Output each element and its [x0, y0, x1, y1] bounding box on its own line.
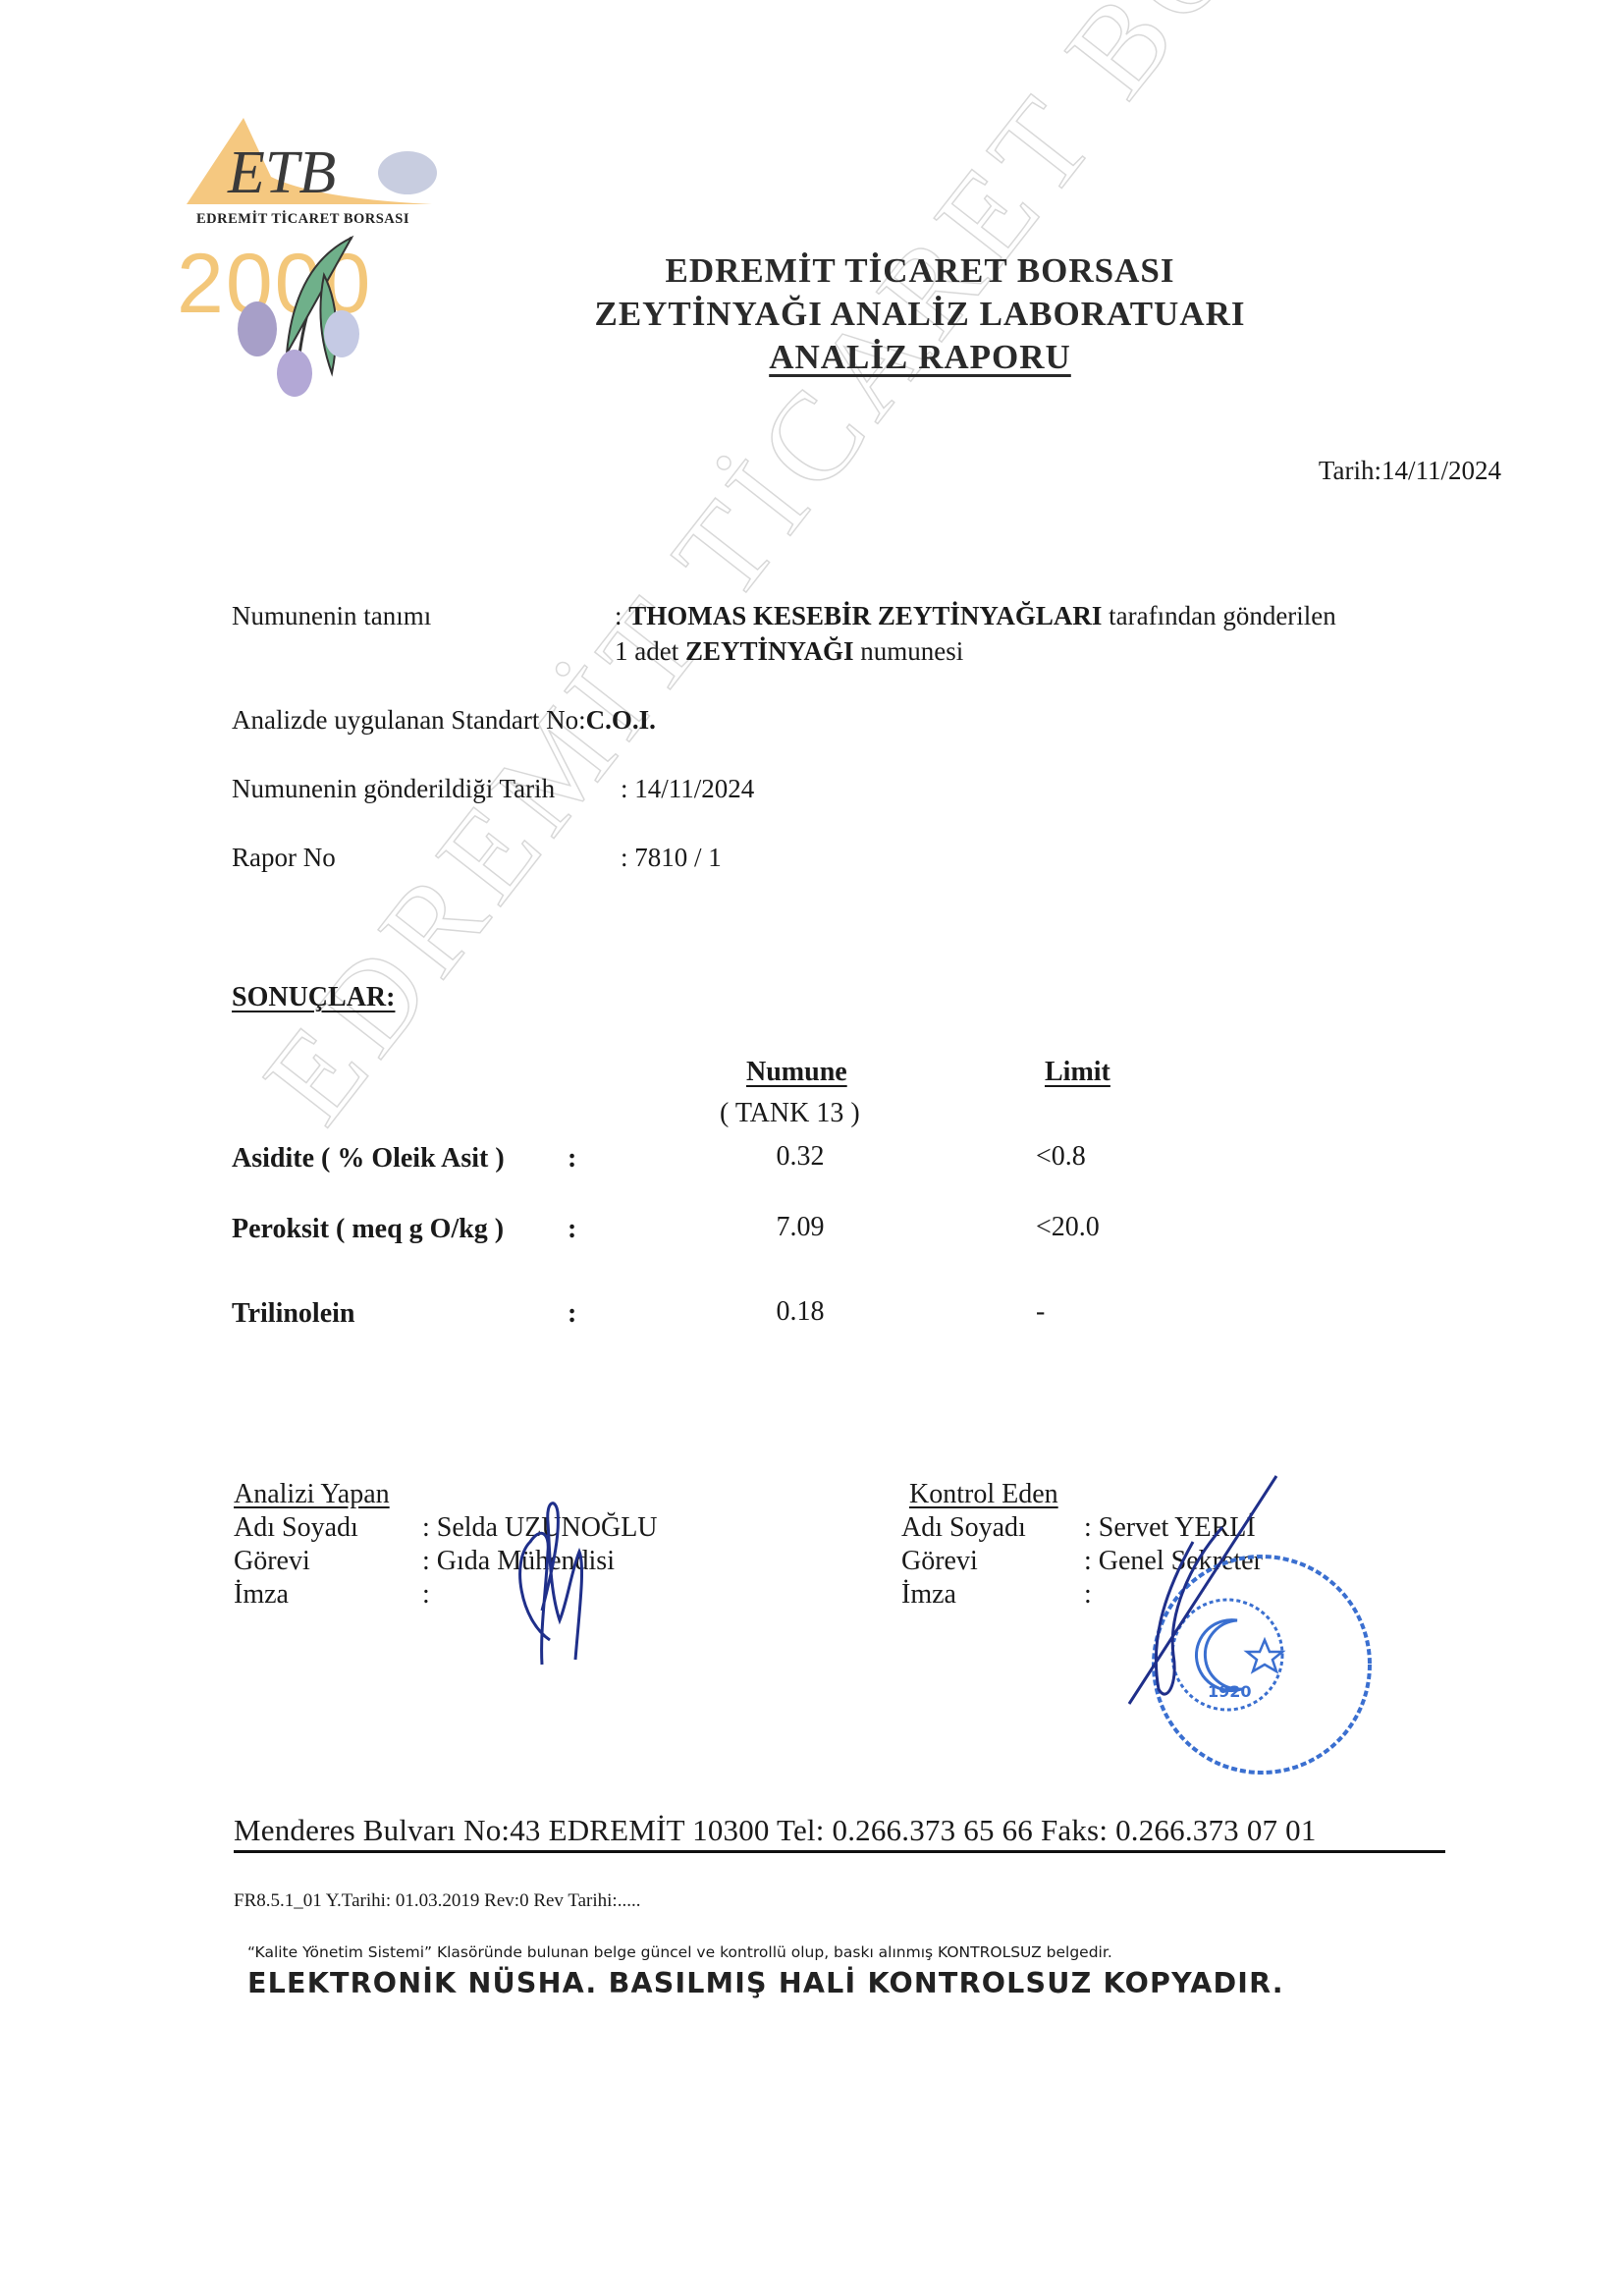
- sent-date-value: : 14/11/2024: [621, 774, 754, 804]
- analyst-sign-label: İmza: [234, 1579, 289, 1611]
- report-title: ANALİZ RAPORU: [0, 338, 1624, 377]
- report-no-label: Rapor No: [232, 843, 336, 873]
- report-date: Tarih:14/11/2024: [1319, 456, 1501, 486]
- analyst-sign-colon: :: [422, 1579, 430, 1611]
- parameter-name: Peroksit ( meq g O/kg ): [232, 1214, 504, 1245]
- report-no-value: : 7810 / 1: [621, 843, 722, 873]
- sample-value: 0.32: [746, 1141, 854, 1173]
- controller-signature-icon: [1051, 1468, 1286, 1723]
- row-colon: :: [568, 1214, 576, 1245]
- col-limit-header: Limit: [1045, 1057, 1110, 1088]
- sent-date-label: Numunenin gönderildiği Tarih: [232, 774, 555, 804]
- col-sample-header: Numune: [746, 1057, 847, 1088]
- controller-heading: Kontrol Eden: [909, 1479, 1058, 1510]
- col-sample-subheader: ( TANK 13 ): [720, 1098, 860, 1129]
- analyst-name-label: Adı Soyadı: [234, 1512, 358, 1544]
- sample-value: 7.09: [746, 1212, 854, 1243]
- controller-sign-label: İmza: [901, 1579, 956, 1611]
- standard-row: Analizde uygulanan Standart No:C.O.I.: [232, 705, 656, 736]
- analyst-signature-icon: [481, 1493, 619, 1669]
- row-colon: :: [568, 1298, 576, 1330]
- sample-type: ZEYTİNYAĞI: [685, 636, 854, 666]
- parameter-name: Asidite ( % Oleik Asit ): [232, 1143, 505, 1175]
- limit-value: <0.8: [1036, 1141, 1086, 1173]
- footer-address: Menderes Bulvarı No:43 EDREMİT 10300 Tel…: [234, 1813, 1445, 1853]
- limit-value: -: [1036, 1296, 1045, 1328]
- limit-value: <20.0: [1036, 1212, 1100, 1243]
- form-code: FR8.5.1_01 Y.Tarihi: 01.03.2019 Rev:0 Re…: [234, 1890, 640, 1912]
- description-value: : THOMAS KESEBİR ZEYTİNYAĞLARI tarafında…: [615, 601, 1336, 631]
- svg-text:ETB: ETB: [227, 139, 336, 206]
- standard-label: Analizde uygulanan Standart No:: [232, 705, 586, 735]
- sample-value: 0.18: [746, 1296, 854, 1328]
- standard-value: C.O.I.: [586, 705, 656, 735]
- parameter-name: Trilinolein: [232, 1298, 355, 1330]
- quality-notice: “Kalite Yönetim Sistemi” Klasöründe bulu…: [247, 1943, 1112, 1961]
- controller-name-label: Adı Soyadı: [901, 1512, 1026, 1544]
- report-title-text: ANALİZ RAPORU: [769, 338, 1071, 376]
- results-heading: SONUÇLAR:: [232, 982, 395, 1013]
- org-title: EDREMİT TİCARET BORSASI: [0, 251, 1624, 291]
- lab-title: ZEYTİNYAĞI ANALİZ LABORATUARI: [0, 295, 1624, 334]
- controller-role-label: Görevi: [901, 1546, 978, 1577]
- analyst-heading: Analizi Yapan: [234, 1479, 390, 1510]
- logo-band-text: EDREMİT TİCARET BORSASI: [196, 211, 409, 228]
- sender-name: THOMAS KESEBİR ZEYTİNYAĞLARI: [628, 601, 1102, 630]
- row-colon: :: [568, 1143, 576, 1175]
- analyst-role-label: Görevi: [234, 1546, 310, 1577]
- description-label: Numunenin tanımı: [232, 601, 431, 631]
- description-value-line2: 1 adet ZEYTİNYAĞI numunesi: [615, 636, 963, 667]
- uncontrolled-copy-notice: ELEKTRONİK NÜSHA. BASILMIŞ HALİ KONTROLS…: [247, 1967, 1284, 1999]
